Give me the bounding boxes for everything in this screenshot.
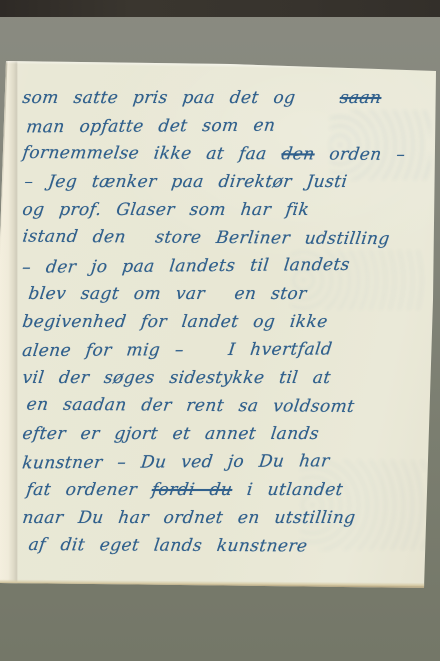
struck-word: den (280, 144, 316, 164)
handwritten-line: naar Du har ordnet en utstilling (20, 508, 425, 536)
struck-word: saan (339, 88, 383, 108)
handwritten-line: – der jo paa landets til landets (20, 254, 426, 286)
handwritten-line: en saadan der rent sa voldsomt (20, 395, 425, 426)
handwritten-line: og prof. Glaser som har fik (20, 200, 425, 228)
handwritten-line: vil der søges sidestykke til at (20, 368, 425, 396)
letter-page: som satte pris paa det og saanman opfatt… (0, 0, 440, 661)
handwritten-word: fornemmelse ikke at faa (21, 143, 282, 164)
paper-bottom-edge (0, 579, 426, 588)
handwritten-word: istand den store Berliner udstilling (21, 227, 391, 250)
handwritten-text: som satte pris paa det og saanman opfatt… (22, 88, 424, 564)
handwritten-line: af dit eget lands kunstnere (20, 535, 425, 565)
handwritten-word: efter er gjort et annet lands (21, 424, 320, 444)
handwritten-line: blev sagt om var en stor (20, 284, 425, 312)
handwritten-line: man opfatte det som en (20, 115, 426, 146)
handwritten-line: kunstner – Du ved jo Du har (20, 451, 426, 482)
handwritten-word: – Jeg tænker paa direktør Justi (23, 172, 348, 192)
handwritten-word: en saadan der rent sa voldsomt (25, 395, 355, 417)
handwritten-word: alene for mig – I hvertfald (21, 339, 333, 361)
handwritten-word: begivenhed for landet og ikke (21, 312, 329, 332)
handwritten-word: og prof. Glaser som har fik (21, 200, 310, 220)
handwritten-line: istand den store Berliner udstilling (20, 227, 425, 258)
handwritten-line: fornemmelse ikke at faa den orden – (20, 143, 425, 173)
photo-top-strip (0, 0, 440, 17)
handwritten-word: fat ordener (25, 480, 153, 500)
handwritten-word: – der jo paa landets til landets (21, 255, 351, 278)
paper-top-edge (4, 60, 438, 71)
handwritten-word: man opfatte det som en (25, 116, 276, 138)
struck-word: fordi du (151, 480, 234, 500)
handwritten-line: alene for mig – I hvertfald (20, 339, 426, 369)
handwritten-line: fat ordener fordi du i utlandet (20, 480, 425, 508)
handwritten-word: kunstner – Du ved jo Du har (21, 451, 331, 473)
handwritten-word: vil der søges sidestykke til at (21, 368, 332, 388)
handwritten-line: begivenhed for landet og ikke (20, 312, 425, 340)
handwritten-line: efter er gjort et annet lands (20, 424, 425, 452)
handwritten-word: som satte pris paa det og (21, 88, 341, 108)
handwritten-word: orden – (313, 144, 406, 164)
photograph-background: som satte pris paa det og saanman opfatt… (0, 0, 440, 661)
handwritten-line: – Jeg tænker paa direktør Justi (20, 172, 425, 200)
fold-crease (0, 58, 18, 588)
handwritten-word: i utlandet (231, 480, 344, 500)
handwritten-line: som satte pris paa det og saan (20, 88, 425, 116)
handwritten-word: af dit eget lands kunstnere (27, 535, 308, 556)
handwritten-word: naar Du har ordnet en utstilling (21, 508, 356, 528)
handwritten-word: blev sagt om var en stor (27, 284, 308, 304)
